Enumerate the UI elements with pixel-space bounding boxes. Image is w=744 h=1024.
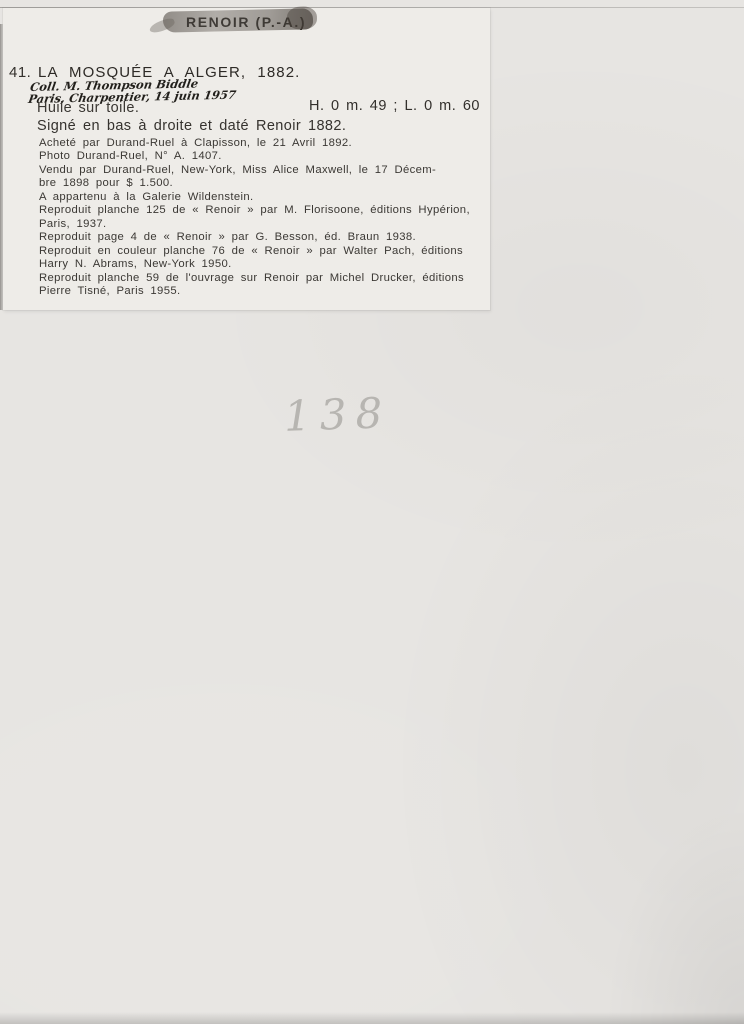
provenance-line: Reproduit en couleur planche 76 de « Ren… [39,245,494,258]
provenance-line: Reproduit planche 59 de l'ouvrage sur Re… [39,272,494,285]
provenance-line: Reproduit page 4 de « Renoir » par G. Be… [39,231,494,244]
provenance-line: Pierre Tisné, Paris 1955. [39,285,494,298]
artist-header-label: RENOIR (P.-A.) [186,14,306,30]
entry-number: 41. [9,64,31,81]
provenance-line: Photo Durand-Ruel, N° A. 1407. [39,150,494,163]
catalog-card: RENOIR (P.-A.) 41. LA MOSQUÉE A ALGER, 1… [3,8,490,310]
provenance-line: Vendu par Durand-Ruel, New-York, Miss Al… [39,164,494,177]
dimensions-label: H. 0 m. 49 ; L. 0 m. 60 [309,98,480,114]
medium-label: Huile sur toile. [37,100,139,116]
provenance-block: Acheté par Durand-Ruel à Clapisson, le 2… [39,137,494,298]
provenance-line: Acheté par Durand-Ruel à Clapisson, le 2… [39,137,494,150]
photographed-catalog-page: { "card": { "header_label": "RENOIR (P.-… [0,0,744,1024]
photo-bottom-edge-shadow [0,1012,744,1024]
provenance-line: Paris, 1937. [39,218,494,231]
provenance-line: Reproduit planche 125 de « Renoir » par … [39,204,494,217]
photo-corner-vignette [584,724,744,1024]
provenance-line: A appartenu à la Galerie Wildenstein. [39,191,494,204]
provenance-line: bre 1898 pour $ 1.500. [39,177,494,190]
provenance-line: Harry N. Abrams, New-York 1950. [39,258,494,271]
pencil-page-number: 138 [283,388,392,441]
signature-note: Signé en bas à droite et daté Renoir 188… [37,118,346,134]
